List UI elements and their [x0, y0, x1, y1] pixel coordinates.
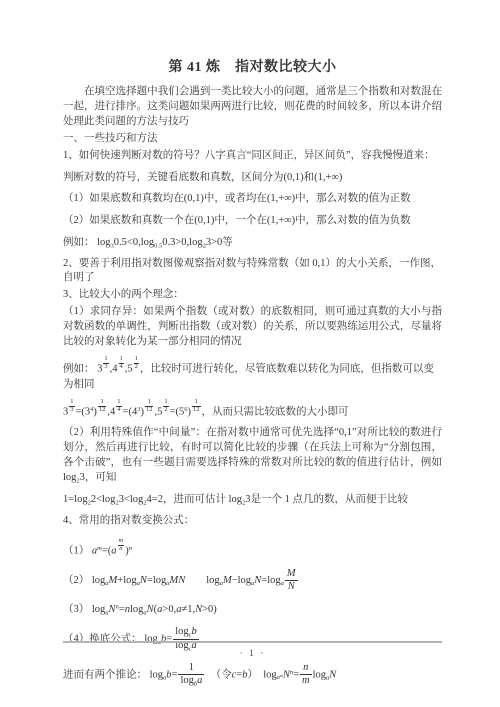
intro-paragraph: 在填空选择题中我们会遇到一类比较大小的问题，通常是三个指数和对数混在一起，进行排…	[63, 85, 442, 130]
page-footer: · 1 ·	[63, 641, 442, 659]
tip-1-case-positive: （1）如果底数和真数均在(0,1)中，或者均在(1,+∞)中，那么对数的值为正数	[63, 191, 442, 207]
formula-2-log-product-quotient: （2） logaM+logaN=logaMN logaM−logaN=logaM…	[63, 568, 442, 593]
document-body: 在填空选择题中我们会遇到一类比较大小的问题，通常是三个指数和对数混在一起，进行排…	[63, 85, 442, 688]
page-number: · 1 ·	[63, 649, 442, 659]
tip-1-case-negative: （2）如果底数和真数一个在(0,1)中，一个在(1,+∞)中，那么对数的值为负数	[63, 213, 442, 229]
formula-3-log-power: （3） logaNn=nlogaN(a>0,a≠1,N>0)	[63, 603, 442, 618]
tip-3-heading: 3、比较大小的两个理念：	[63, 288, 442, 303]
page-title: 第 41 炼 指对数比较大小	[63, 56, 442, 76]
idea-1-paragraph: （1）求同存异：如果两个指数（或对数）的底数相同，则可通过真数的大小与指对数函数…	[63, 305, 442, 350]
tip-1-heading: 1、如何快速判断对数的符号？八字真言“同区间正，异区间负”，容我慢慢道来：	[63, 149, 442, 164]
corollaries-line: 进而有两个推论： logab=1logba （令c=b） logamNn=nml…	[63, 662, 442, 688]
tip-1-explanation: 判断对数的符号，关键看底数和真数，区间分为(0,1)和(1,+∞)	[63, 170, 442, 186]
idea-1-example: 例如： 313,414,512，比较时可进行转化，尽管底数难以转化为同底，但指数…	[63, 356, 442, 393]
idea-2-paragraph: （2）利用特殊值作“中间量”：在指对数中通常可优先选择“0,1”对所比较的数进行…	[63, 426, 442, 486]
tip-2-line: 2、要善于利用指对数图像观察指对数与特殊常数（如 0,1）的大小关系，一作图，自…	[63, 257, 442, 287]
tip-1-example: 例如： log30.5<0,log0.50.3>0,log23>0等	[63, 235, 442, 251]
formula-1-power: （1） am=(amn)n	[63, 538, 442, 559]
idea-1-example-transform: 313=(34)112,414=(43)112,512=(56)112，从而只需…	[63, 399, 442, 420]
section-heading-methods: 一、一些技巧和方法	[63, 132, 442, 147]
idea-2-example: 1=log22<log23<log24=2，进而可估计 log23是一个 1 点…	[63, 492, 442, 508]
tip-4-heading: 4、常用的指对数变换公式：	[63, 514, 442, 529]
document-page: 第 41 炼 指对数比较大小 在填空选择题中我们会遇到一类比较大小的问题，通常是…	[0, 0, 500, 707]
footer-divider	[63, 641, 442, 643]
